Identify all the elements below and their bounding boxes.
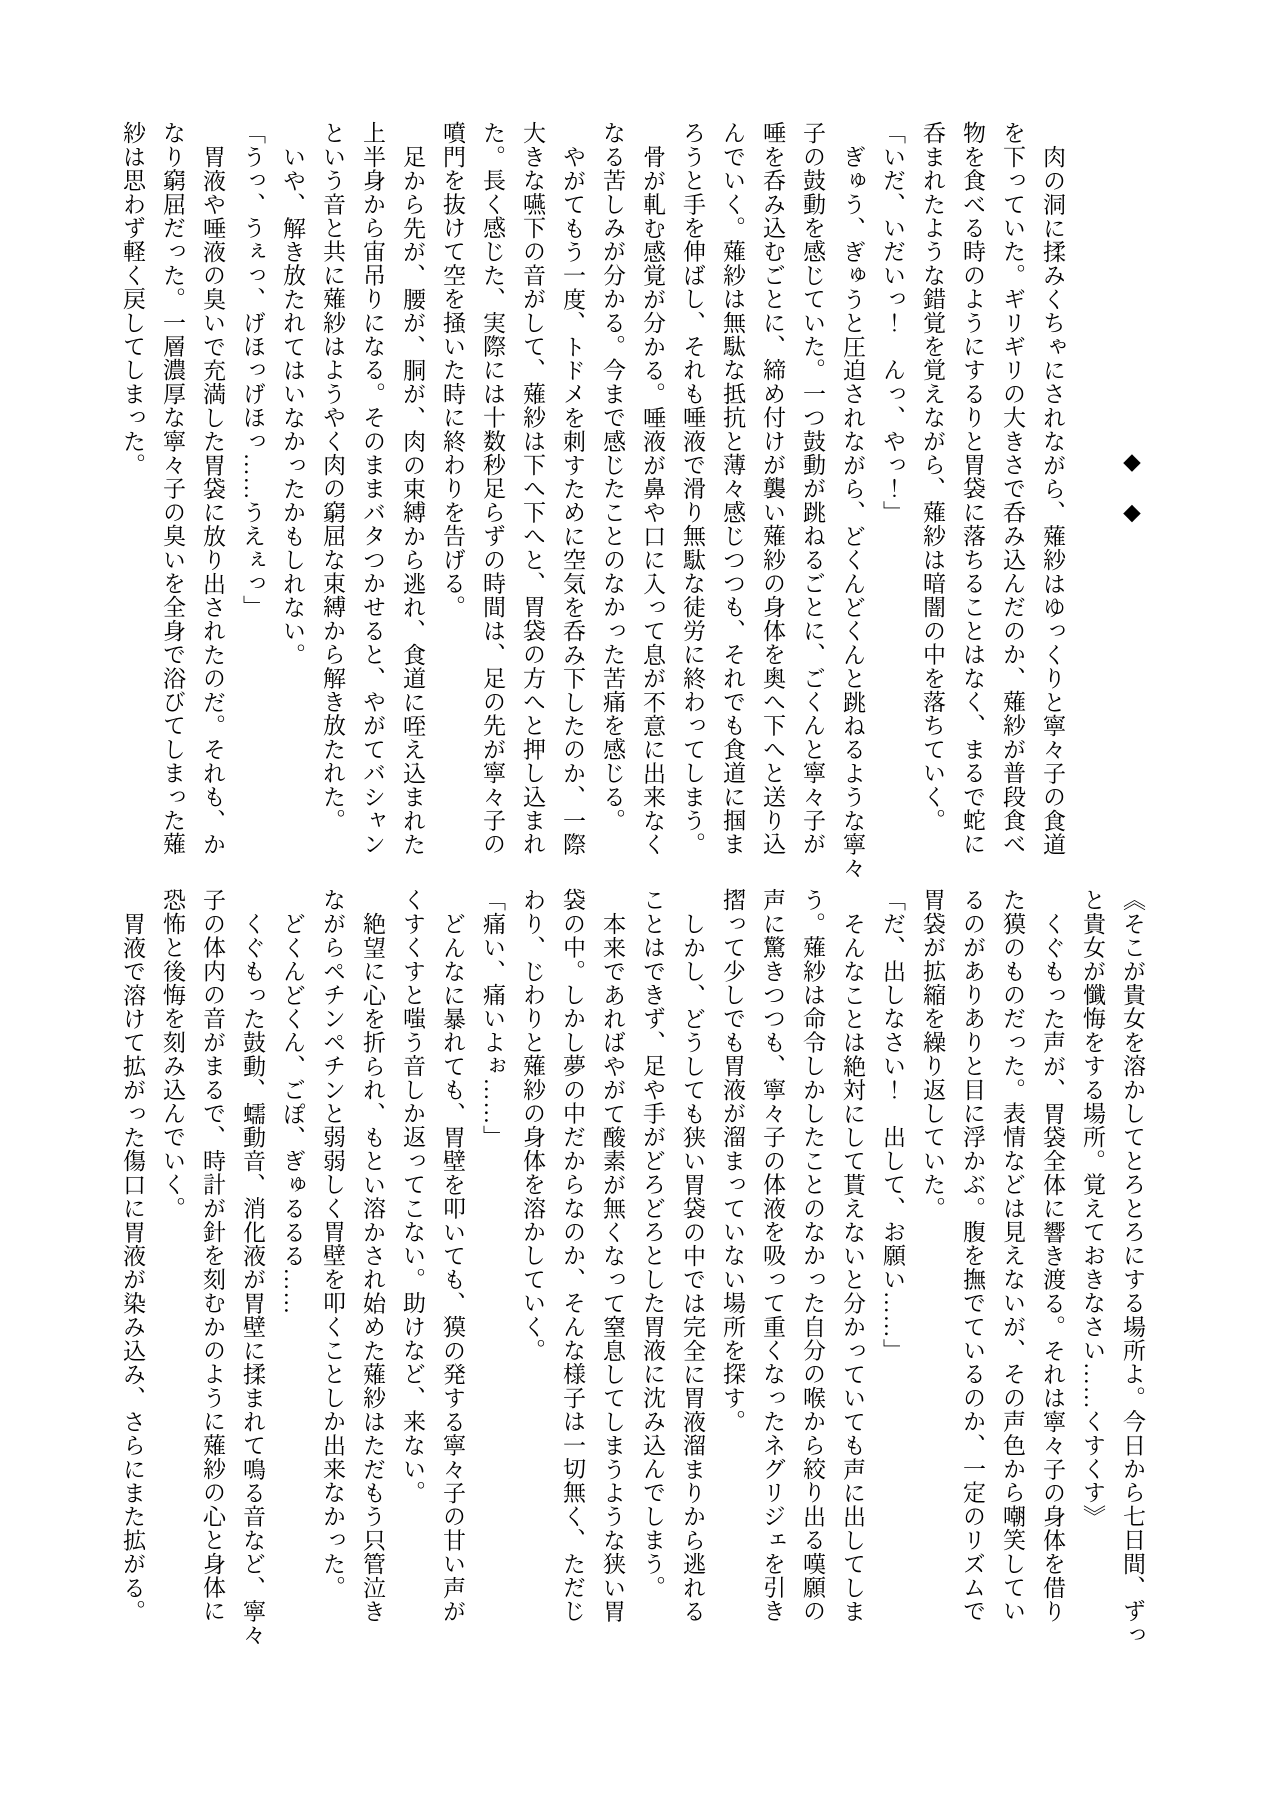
text-column: なる苦しみが分かる。今まで感じたことのなかった苦痛を感じる。 — [592, 121, 632, 854]
text-column: るのがありありと目に浮かぶ。腹を撫でているのか、一定のリズムで — [952, 888, 992, 1654]
text-column: ことはできず、足や手がどろどろとした胃液に沈み込んでしまう。 — [632, 888, 672, 1654]
text-column: ろうと手を伸ばし、それも唾液で滑り無駄な徒労に終わってしまう。 — [672, 121, 712, 854]
novel-page: ◆ ◆ 肉の洞に揉みくちゃにされながら、薙紗はゆっくりと寧々子の食道 を下ってい… — [0, 0, 1280, 1807]
text-column: 胃液で溶けて拡がった傷口に胃液が染み込み、さらにまた拡がる。 — [112, 888, 152, 1654]
text-column: 物を食べる時のようにするりと胃袋に落ちることはなく、まるで蛇に — [952, 121, 992, 854]
text-column: 袋の中。しかし夢の中だからなのか、そんな様子は一切無く、ただじ — [552, 888, 592, 1654]
text-column: 絶望に心を折られ、もとい溶かされ始めた薙紗はただもう只管泣き — [352, 888, 392, 1654]
section-divider-diamonds: ◆ ◆ — [1112, 121, 1152, 854]
text-column: どくんどくん、ごぽ、ぎゅるるる…… — [272, 888, 312, 1654]
text-column: 足から先が、腰が、胴が、肉の束縛から逃れ、食道に咥え込まれた — [392, 121, 432, 854]
text-column: た。長く感じた、実際には十数秒足らずの時間は、足の先が寧々子の — [472, 121, 512, 854]
text-band-top: ◆ ◆ 肉の洞に揉みくちゃにされながら、薙紗はゆっくりと寧々子の食道 を下ってい… — [112, 121, 1152, 854]
text-column: わり、じわりと薙紗の身体を溶かしていく。 — [512, 888, 552, 1654]
text-column: やがてもう一度、トドメを刺すために空気を呑み下したのか、一際 — [552, 121, 592, 854]
text-column: 「いだ、いだいっ！ んっ、やっ！」 — [872, 121, 912, 854]
text-column: 唾を呑み込むごとに、締め付けが襲い薙紗の身体を奥へ下へと送り込 — [752, 121, 792, 854]
text-column: 「うっ、うぇっ、げほっげほっ……うえぇっ」 — [232, 121, 272, 854]
text-band-bottom: 《そこが貴女を溶かしてとろとろにする場所よ。今日から七日間、ずっ と貴女が懺悔を… — [112, 888, 1152, 1654]
text-column: 呑まれたような錯覚を覚えながら、薙紗は暗闇の中を落ちていく。 — [912, 121, 952, 854]
text-column: ぎゅう、ぎゅうと圧迫されながら、どくんどくんと跳ねるような寧々 — [832, 121, 872, 854]
text-column: そんなことは絶対にして貰えないと分かっていても声に出してしま — [832, 888, 872, 1654]
text-column: 紗は思わず軽く戻してしまった。 — [112, 121, 152, 854]
text-column: 噴門を抜けて空を掻いた時に終わりを告げる。 — [432, 121, 472, 854]
text-column: 子の鼓動を感じていた。一つ鼓動が跳ねるごとに、ごくんと寧々子が — [792, 121, 832, 854]
text-column: どんなに暴れても、胃壁を叩いても、獏の発する寧々子の甘い声が — [432, 888, 472, 1654]
text-column: くぐもった声が、胃袋全体に響き渡る。それは寧々子の身体を借り — [1032, 888, 1072, 1654]
text-column: 上半身から宙吊りになる。そのままバタつかせると、やがてバシャン — [352, 121, 392, 854]
text-column: う。薙紗は命令しかしたことのなかった自分の喉から絞り出る嘆願の — [792, 888, 832, 1654]
text-column: しかし、どうしても狭い胃袋の中では完全に胃液溜まりから逃れる — [672, 888, 712, 1654]
text-column: んでいく。薙紗は無駄な抵抗と薄々感じつつも、それでも食道に掴ま — [712, 121, 752, 854]
text-column: た獏のものだった。表情などは見えないが、その声色から嘲笑してい — [992, 888, 1032, 1654]
text-column: なり窮屈だった。一層濃厚な寧々子の臭いを全身で浴びてしまった薙 — [152, 121, 192, 854]
text-column: 本来であればやがて酸素が無くなって窒息してしまうような狭い胃 — [592, 888, 632, 1654]
text-column: 「痛い、痛いよぉ……」 — [472, 888, 512, 1654]
text-column: ながらペチンペチンと弱弱しく胃壁を叩くことしか出来なかった。 — [312, 888, 352, 1654]
text-column: 声に驚きつつも、寧々子の体液を吸って重くなったネグリジェを引き — [752, 888, 792, 1654]
text-column: 恐怖と後悔を刻み込んでいく。 — [152, 888, 192, 1654]
text-column: いや、解き放たれてはいなかったかもしれない。 — [272, 121, 312, 854]
text-column: 子の体内の音がまるで、時計が針を刻むかのように薙紗の心と身体に — [192, 888, 232, 1654]
text-column: と貴女が懺悔をする場所。覚えておきなさい……くすくす》 — [1072, 888, 1112, 1654]
text-column: という音と共に薙紗はようやく肉の窮屈な束縛から解き放たれた。 — [312, 121, 352, 854]
spacer-column — [1072, 121, 1112, 854]
text-column: 《そこが貴女を溶かしてとろとろにする場所よ。今日から七日間、ずっ — [1112, 888, 1152, 1654]
text-column: くすくすと嗤う音しか返ってこない。助けなど、来ない。 — [392, 888, 432, 1654]
text-column: を下っていた。ギリギリの大きさで呑み込んだのか、薙紗が普段食べ — [992, 121, 1032, 854]
text-column: 胃液や唾液の臭いで充満した胃袋に放り出されたのだ。それも、か — [192, 121, 232, 854]
text-column: 「だ、出しなさい！ 出して、お願い……」 — [872, 888, 912, 1654]
text-column: 摺って少しでも胃液が溜まっていない場所を探す。 — [712, 888, 752, 1654]
text-column: くぐもった鼓動、蠕動音、消化液が胃壁に揉まれて鳴る音など、寧々 — [232, 888, 272, 1654]
text-column: 大きな嚥下の音がして、薙紗は下へ下へと、胃袋の方へと押し込まれ — [512, 121, 552, 854]
text-column: 肉の洞に揉みくちゃにされながら、薙紗はゆっくりと寧々子の食道 — [1032, 121, 1072, 854]
text-column: 骨が軋む感覚が分かる。唾液が鼻や口に入って息が不意に出来なく — [632, 121, 672, 854]
text-column: 胃袋が拡縮を繰り返していた。 — [912, 888, 952, 1654]
